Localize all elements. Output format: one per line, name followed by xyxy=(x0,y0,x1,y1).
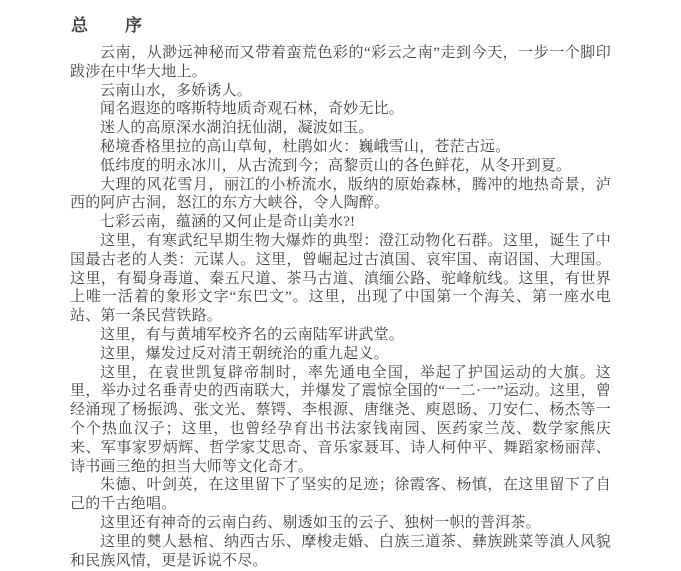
paragraph: 大理的风花雪月，丽江的小桥流水，版纳的原始森林，腾冲的地热奇景，泸西的阿庐古洞，… xyxy=(70,176,611,214)
paragraph: 七彩云南，蕴涵的又何止是奇山美水?! xyxy=(70,213,611,232)
document-page: 总 序 云南，从渺远神秘而又带着蛮荒色彩的“彩云之南”走到今天，一步一个脚印跋涉… xyxy=(0,0,681,571)
paragraph: 这里，有与黄埔军校齐名的云南陆军讲武堂。 xyxy=(70,326,611,345)
paragraph: 云南，从渺远神秘而又带着蛮荒色彩的“彩云之南”走到今天，一步一个脚印跋涉在中华大… xyxy=(70,44,611,82)
paragraph: 闻名遐迩的喀斯特地质奇观石林，奇妙无比。 xyxy=(70,100,611,119)
paragraph: 这里的僰人悬棺、纳西古乐、摩梭走婚、白族三道茶、彝族跳菜等滇人风貌和民族风情，更… xyxy=(70,533,611,571)
paragraph: 这里，爆发过反对清王朝统治的重九起义。 xyxy=(70,345,611,364)
paragraph: 这里，有寒武纪早期生物大爆炸的典型：澄江动物化石群。这里，诞生了中国最古老的人类… xyxy=(70,232,611,326)
paragraph: 云南山水，多娇诱人。 xyxy=(70,82,611,101)
paragraph: 这里，在袁世凯复辟帝制时，率先通电全国，举起了护国运动的大旗。这里，举办过名垂青… xyxy=(70,364,611,477)
paragraph: 低纬度的明永冰川，从古流到今；高黎贡山的各色鲜花，从冬开到夏。 xyxy=(70,157,611,176)
paragraph: 秘境香格里拉的高山草甸，杜鹃如火：巍峨雪山，苍茫古远。 xyxy=(70,138,611,157)
paragraph: 朱德、叶剑英，在这里留下了坚实的足迹；徐霞客、杨慎，在这里留下了自己的千古绝唱。 xyxy=(70,476,611,514)
paragraph: 这里还有神奇的云南白药、剔透如玉的云子、独树一帜的普洱茶。 xyxy=(70,514,611,533)
paragraph: 迷人的高原深水湖泊抚仙湖，凝波如玉。 xyxy=(70,119,611,138)
page-title: 总 序 xyxy=(71,11,143,36)
document-body: 云南，从渺远神秘而又带着蛮荒色彩的“彩云之南”走到今天，一步一个脚印跋涉在中华大… xyxy=(70,44,611,570)
